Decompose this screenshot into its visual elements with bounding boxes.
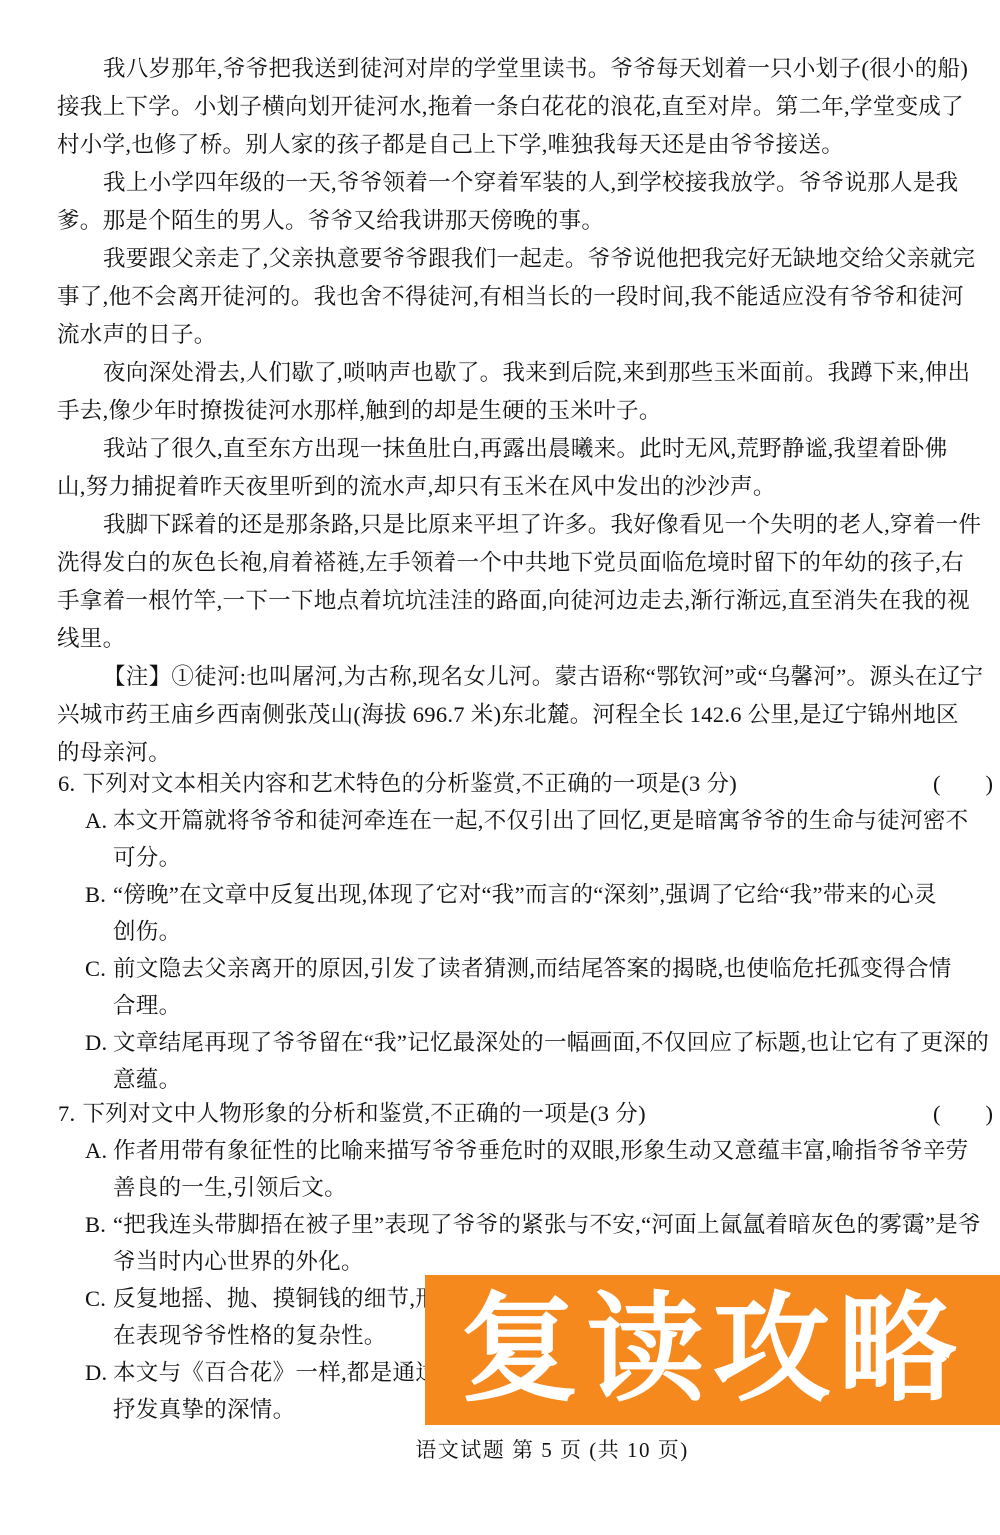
- option-label: C.: [85, 1280, 106, 1317]
- option-label: C.: [85, 950, 106, 987]
- option-label: A.: [85, 802, 107, 839]
- option-text: “傍晚”在文章中反复出现,体现了它对“我”而言的“深刻”,强调了它给“我”带来的…: [113, 882, 937, 907]
- passage-note-line: 【注】①徒河:也叫屠河,为古称,现名女儿河。蒙古语称“鄂钦河”或“乌馨河”。源头…: [57, 658, 1000, 696]
- question-6-option-d-cont: 意蕴。: [0, 1061, 1000, 1098]
- question-7-stem: 下列对文中人物形象的分析和鉴赏,不正确的一项是(3 分): [82, 1101, 645, 1126]
- option-text: 文章结尾再现了爷爷留在“我”记忆最深处的一幅画面,不仅回应了标题,也让它有了更深…: [113, 1030, 989, 1055]
- passage-line: 我上小学四年级的一天,爷爷领着一个穿着军装的人,到学校接我放学。爷爷说那人是我: [57, 164, 1000, 202]
- passage-line: 我站了很久,直至东方出现一抹鱼肚白,再露出晨曦来。此时无风,荒野静谧,我望着卧佛: [57, 430, 1000, 468]
- option-label: D.: [85, 1354, 107, 1391]
- passage-line: 我要跟父亲走了,父亲执意要爷爷跟我们一起走。爷爷说他把我完好无缺地交给父亲就完: [57, 240, 1000, 278]
- question-7-header: 7.下列对文中人物形象的分析和鉴赏,不正确的一项是(3 分) ( ): [0, 1095, 1000, 1132]
- page-footer: 语文试题 第 5 页 (共 10 页): [52, 1436, 1000, 1464]
- option-text: 作者用带有象征性的比喻来描写爷爷垂危时的双眼,形象生动又意蕴丰富,喻指爷爷辛劳: [113, 1138, 968, 1163]
- watermark-text: 复读攻略: [460, 1291, 964, 1409]
- option-label: B.: [85, 876, 106, 913]
- passage-line: 手去,像少年时撩拨徒河水那样,触到的却是生硬的玉米叶子。: [57, 392, 1000, 430]
- question-6-number: 6.: [58, 765, 75, 802]
- question-7-option-b: B.“把我连头带脚捂在被子里”表现了爷爷的紧张与不安,“河面上氤氲着暗灰色的雾霭…: [0, 1206, 1000, 1243]
- passage-line: 我脚下踩着的还是那条路,只是比原来平坦了许多。我好像看见一个失明的老人,穿着一件: [57, 506, 1000, 544]
- watermark-banner: 复读攻略: [425, 1275, 1000, 1425]
- exam-page: 我八岁那年,爷爷把我送到徒河对岸的学堂里读书。爷爷每天划着一只小划子(很小的船)…: [0, 0, 1000, 1535]
- passage-line: 流水声的日子。: [57, 316, 1000, 354]
- question-7-option-a: A.作者用带有象征性的比喻来描写爷爷垂危时的双眼,形象生动又意蕴丰富,喻指爷爷辛…: [0, 1132, 1000, 1169]
- option-text: 本文开篇就将爷爷和徒河牵连在一起,不仅引出了回忆,更是暗寓爷爷的生命与徒河密不: [113, 808, 968, 833]
- question-6-option-d: D.文章结尾再现了爷爷留在“我”记忆最深处的一幅画面,不仅回应了标题,也让它有了…: [0, 1024, 1000, 1061]
- option-label: D.: [85, 1024, 107, 1061]
- question-7-answer-brackets: ( ): [933, 1095, 993, 1132]
- option-text: “把我连头带脚捂在被子里”表现了爷爷的紧张与不安,“河面上氤氲着暗灰色的雾霭”是…: [113, 1212, 981, 1237]
- question-6-option-a-cont: 可分。: [0, 839, 1000, 876]
- question-6-option-b-cont: 创伤。: [0, 913, 1000, 950]
- passage-line: 村小学,也修了桥。别人家的孩子都是自己上下学,唯独我每天还是由爷爷接送。: [57, 126, 1000, 164]
- question-6-option-c-cont: 合理。: [0, 987, 1000, 1024]
- question-7-number: 7.: [58, 1095, 75, 1132]
- passage-line: 山,努力捕捉着昨天夜里听到的流水声,却只有玉米在风中发出的沙沙声。: [57, 468, 1000, 506]
- question-6-answer-brackets: ( ): [933, 765, 993, 802]
- question-6-option-b: B.“傍晚”在文章中反复出现,体现了它对“我”而言的“深刻”,强调了它给“我”带…: [0, 876, 1000, 913]
- question-6: 6.下列对文本相关内容和艺术特色的分析鉴赏,不正确的一项是(3 分) ( ) A…: [0, 765, 1000, 1098]
- passage-line: 手拿着一根竹竿,一下一下地点着坑坑洼洼的路面,向徒河边走去,渐行渐远,直至消失在…: [57, 582, 1000, 620]
- question-7-option-a-cont: 善良的一生,引领后文。: [0, 1169, 1000, 1206]
- passage-note-line: 兴城市药王庙乡西南侧张茂山(海拔 696.7 米)东北麓。河程全长 142.6 …: [57, 696, 1000, 734]
- passage-line: 线里。: [57, 620, 1000, 658]
- passage-line: 接我上下学。小划子横向划开徒河水,拖着一条白花花的浪花,直至对岸。第二年,学堂变…: [57, 88, 1000, 126]
- question-6-option-a: A.本文开篇就将爷爷和徒河牵连在一起,不仅引出了回忆,更是暗寓爷爷的生命与徒河密…: [0, 802, 1000, 839]
- question-6-header: 6.下列对文本相关内容和艺术特色的分析鉴赏,不正确的一项是(3 分) ( ): [0, 765, 1000, 802]
- option-text: 本文与《百合花》一样,都是通过“: [113, 1360, 448, 1385]
- option-text: 前文隐去父亲离开的原因,引发了读者猜测,而结尾答案的揭晓,也使临危托孤变得合情: [113, 956, 952, 981]
- option-label: B.: [85, 1206, 106, 1243]
- passage-line: 夜向深处滑去,人们歇了,唢呐声也歇了。我来到后院,来到那些玉米面前。我蹲下来,伸…: [57, 354, 1000, 392]
- option-label: A.: [85, 1132, 107, 1169]
- question-6-stem: 下列对文本相关内容和艺术特色的分析鉴赏,不正确的一项是(3 分): [82, 771, 737, 796]
- passage-line: 爹。那是个陌生的男人。爷爷又给我讲那天傍晚的事。: [57, 202, 1000, 240]
- passage-line: 事了,他不会离开徒河的。我也舍不得徒河,有相当长的一段时间,我不能适应没有爷爷和…: [57, 278, 1000, 316]
- question-6-option-c: C.前文隐去父亲离开的原因,引发了读者猜测,而结尾答案的揭晓,也使临危托孤变得合…: [0, 950, 1000, 987]
- passage-line: 我八岁那年,爷爷把我送到徒河对岸的学堂里读书。爷爷每天划着一只小划子(很小的船): [57, 50, 1000, 88]
- passage-line: 洗得发白的灰色长袍,肩着褡裢,左手领着一个中共地下党员面临危境时留下的年幼的孩子…: [57, 544, 1000, 582]
- option-text: 反复地摇、抛、摸铜钱的细节,形: [113, 1286, 438, 1311]
- passage: 我八岁那年,爷爷把我送到徒河对岸的学堂里读书。爷爷每天划着一只小划子(很小的船)…: [57, 50, 1000, 772]
